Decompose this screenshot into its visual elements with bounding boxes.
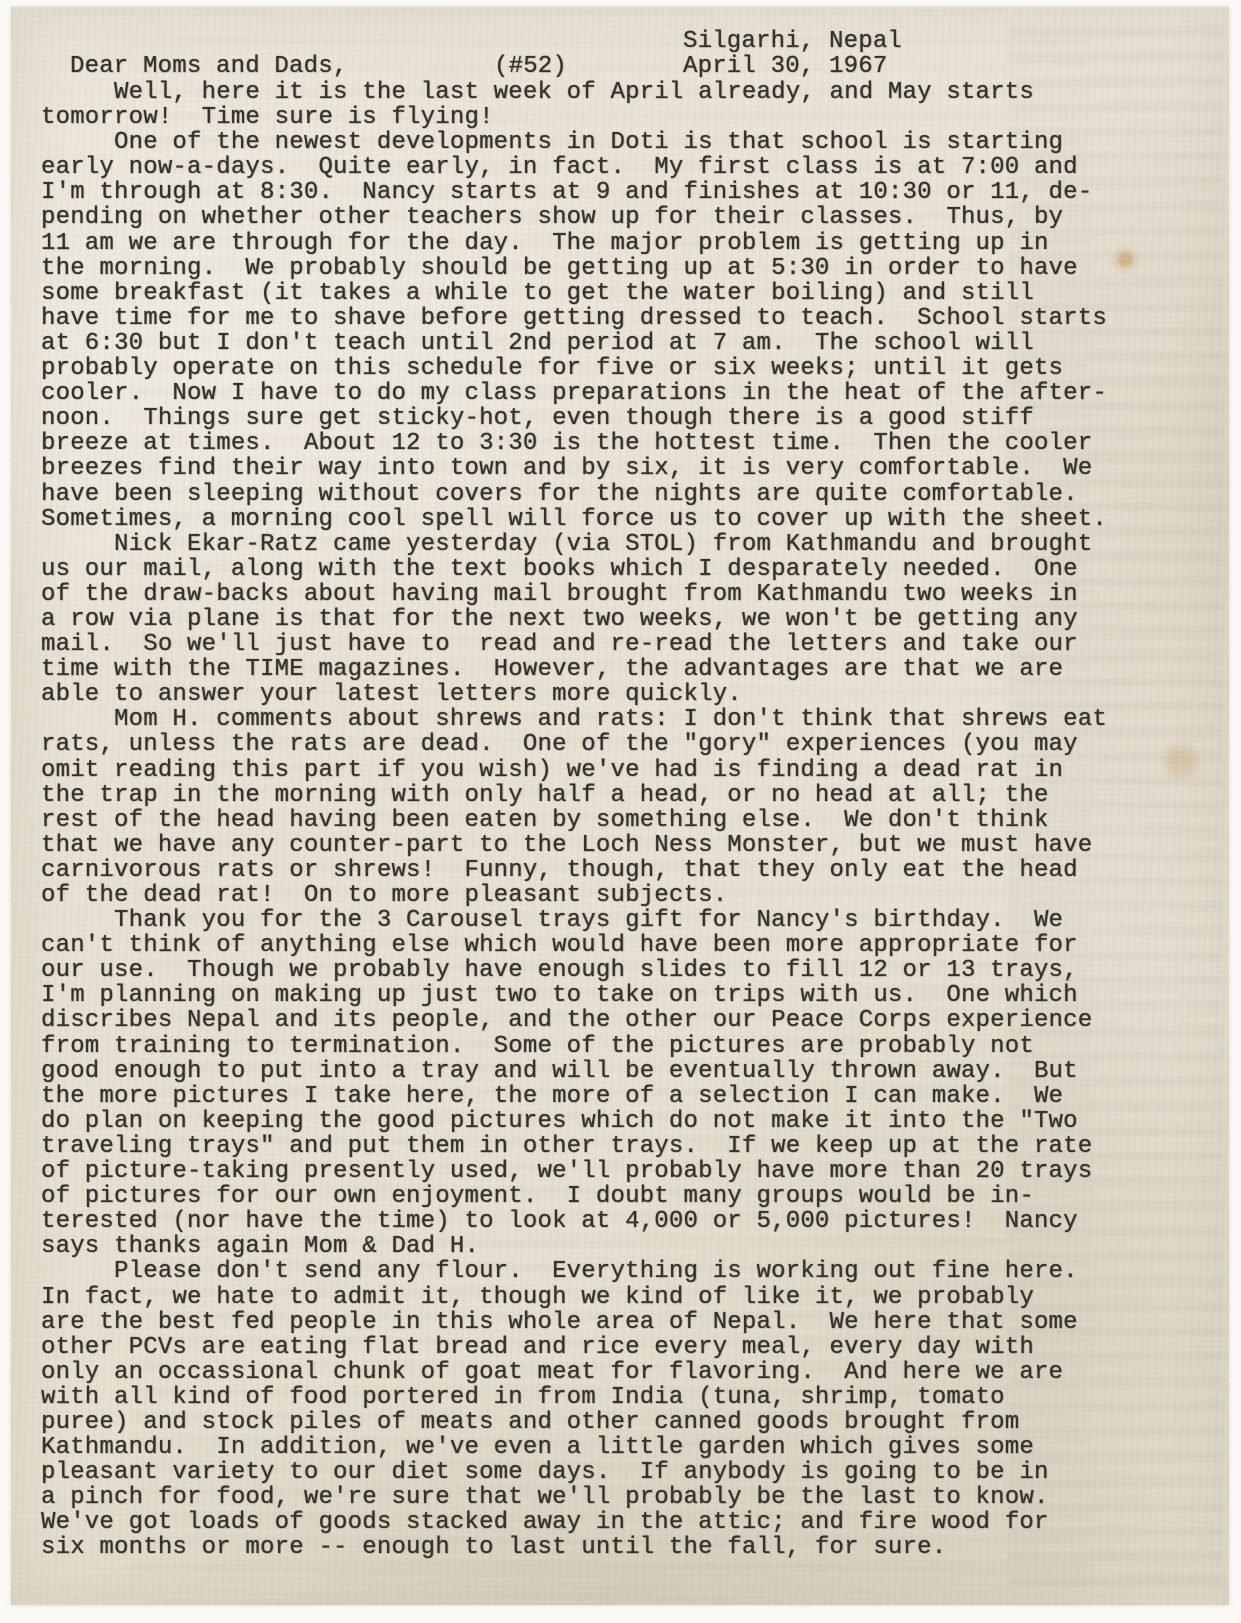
letter-number: (#52) [494,54,567,79]
letter-date: April 30, 1967 [683,54,887,79]
scanned-letter-page: { "letter": { "header": { "location": "S… [0,0,1241,1623]
letter-body: Well, here it is the last week of April … [41,80,1107,1561]
letter-paper: Silgarhi, Nepal Dear Moms and Dads, (#52… [11,7,1229,1605]
letter-salutation: Dear Moms and Dads, [70,54,347,79]
letter-location: Silgarhi, Nepal [683,29,902,54]
